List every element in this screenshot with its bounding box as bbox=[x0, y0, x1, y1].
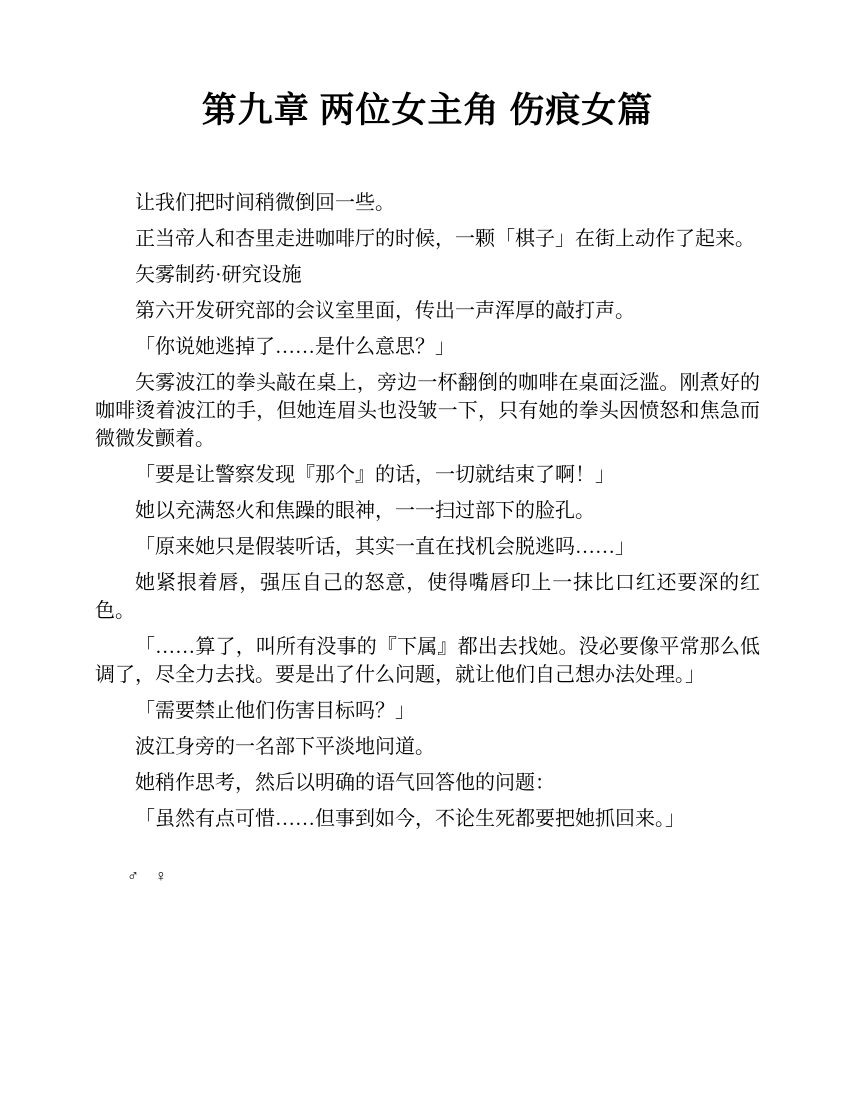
paragraph: 正当帝人和杏里走进咖啡厅的时候，一颗「棋子」在街上动作了起来。 bbox=[95, 225, 760, 253]
paragraph: 「原来她只是假装听话，其实一直在找机会脱逃吗……」 bbox=[95, 533, 760, 561]
paragraph: 矢雾波江的拳头敲在桌上，旁边一杯翻倒的咖啡在桌面泛滥。刚煮好的咖啡烫着波江的手，… bbox=[95, 369, 760, 453]
paragraph: 「需要禁止他们伤害目标吗？」 bbox=[95, 697, 760, 725]
paragraph: 她稍作思考，然后以明确的语气回答他的问题： bbox=[95, 769, 760, 797]
paragraph: 「……算了，叫所有没事的『下属』都出去找她。没必要像平常那么低调了，尽全力去找。… bbox=[95, 633, 760, 689]
document-page: 第九章 两位女主角 伤痕女篇 让我们把时间稍微倒回一些。 正当帝人和杏里走进咖啡… bbox=[0, 0, 850, 1100]
paragraph: 矢雾制药·研究设施 bbox=[95, 261, 760, 289]
scene-break-gender-symbols: ♂ ♀ bbox=[95, 867, 760, 887]
paragraph: 她紧拫着唇，强压自己的怒意，使得嘴唇印上一抹比口红还要深的红色。 bbox=[95, 569, 760, 625]
chapter-title: 第九章 两位女主角 伤痕女篇 bbox=[95, 88, 760, 133]
paragraph: 「要是让警察发现『那个』的话，一切就结束了啊！」 bbox=[95, 461, 760, 489]
paragraph: 「你说她逃掉了……是什么意思？」 bbox=[95, 333, 760, 361]
paragraph: 让我们把时间稍微倒回一些。 bbox=[95, 189, 760, 217]
paragraph: 「虽然有点可惜……但事到如今，不论生死都要把她抓回来。」 bbox=[95, 805, 760, 833]
paragraph: 波江身旁的一名部下平淡地问道。 bbox=[95, 733, 760, 761]
paragraph: 她以充满怒火和焦躁的眼神，一一扫过部下的脸孔。 bbox=[95, 497, 760, 525]
paragraph: 第六开发研究部的会议室里面，传出一声浑厚的敲打声。 bbox=[95, 297, 760, 325]
